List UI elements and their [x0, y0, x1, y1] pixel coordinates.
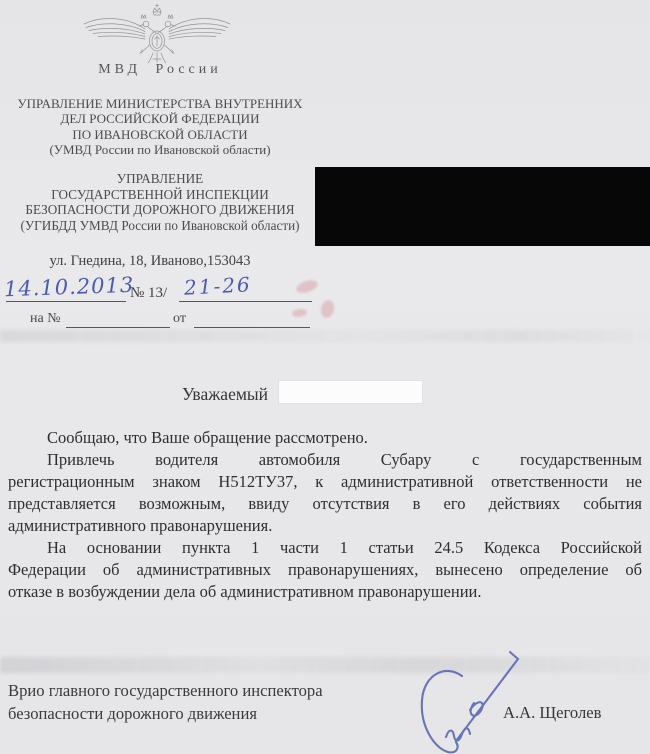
incoming-date-underline [194, 327, 310, 328]
org-name-line: УПРАВЛЕНИЕ МИНИСТЕРСТВА ВНУТРЕННИХ [0, 96, 320, 111]
body-line: административного правонарушения. [8, 515, 642, 537]
org-name-line: (УМВД России по Ивановской области) [0, 142, 320, 157]
dept-name-line: (УГИБДД УМВД России по Ивановской област… [0, 218, 320, 234]
body-line: представляется возможным, ввиду отсутств… [8, 493, 642, 515]
signer-title-line-1: Врио главного государственного инспектор… [8, 681, 323, 701]
addressee-name-redaction-box [279, 381, 422, 403]
mvd-eagle-emblem-icon [82, 3, 232, 63]
body-line: На основании пункта 1 части 1 статьи 24.… [8, 537, 642, 559]
org-name-line: ПО ИВАНОВСКОЙ ОБЛАСТИ [0, 127, 320, 142]
handwritten-outgoing-date: 14.10.2013 [4, 273, 135, 302]
date-underline [6, 301, 126, 302]
emblem-caption: МВД России [0, 62, 320, 78]
org-name-line: ДЕЛ РОССИЙСКОЙ ФЕДЕРАЦИИ [0, 111, 320, 126]
dept-name-line: БЕЗОПАСНОСТИ ДОРОЖНОГО ДВИЖЕНИЯ [0, 202, 320, 218]
dept-name-line: ГОСУДАРСТВЕННОЙ ИНСПЕКЦИИ [0, 187, 320, 203]
greeting-label: Уважаемый [182, 384, 268, 405]
recipient-redaction-box [315, 167, 650, 246]
dept-name-line: УПРАВЛЕНИЕ [0, 171, 320, 187]
body-line: отказе в возбуждении дела об администрат… [8, 581, 642, 603]
incoming-number-label: на № [30, 311, 61, 327]
body-line: Федерации об административных правонаруш… [8, 559, 642, 581]
ink-smudge [319, 299, 336, 320]
ink-smudge [295, 278, 319, 295]
number-underline [179, 301, 312, 302]
body-line: Сообщаю, что Ваше обращение рассмотрено. [8, 427, 642, 449]
scan-fold-shadow [0, 330, 650, 342]
incoming-number-underline [66, 327, 170, 328]
handwritten-signature-icon [412, 644, 530, 754]
dept-name-block: УПРАВЛЕНИЕ ГОСУДАРСТВЕННОЙ ИНСПЕКЦИИ БЕЗ… [0, 171, 320, 234]
handwritten-outgoing-number: 21-26 [183, 272, 252, 300]
ink-smudge [292, 308, 308, 318]
org-name-block: УПРАВЛЕНИЕ МИНИСТЕРСТВА ВНУТРЕННИХ ДЕЛ Р… [0, 96, 320, 157]
scanned-letter-page: МВД России УПРАВЛЕНИЕ МИНИСТЕРСТВА ВНУТР… [0, 0, 650, 754]
body-line: регистрационным знаком Н512ТУ37, к админ… [8, 471, 642, 493]
incoming-date-label: от [173, 311, 186, 327]
outgoing-number-prefix: № 13/ [130, 285, 167, 302]
scan-fold-shadow [0, 657, 650, 673]
signer-title-line-2: безопасности дорожного движения [8, 704, 257, 724]
sender-address: ул. Гнедина, 18, Иваново,153043 [0, 253, 300, 270]
body-line: Привлечь водителя автомобиля Субару с го… [8, 449, 642, 471]
